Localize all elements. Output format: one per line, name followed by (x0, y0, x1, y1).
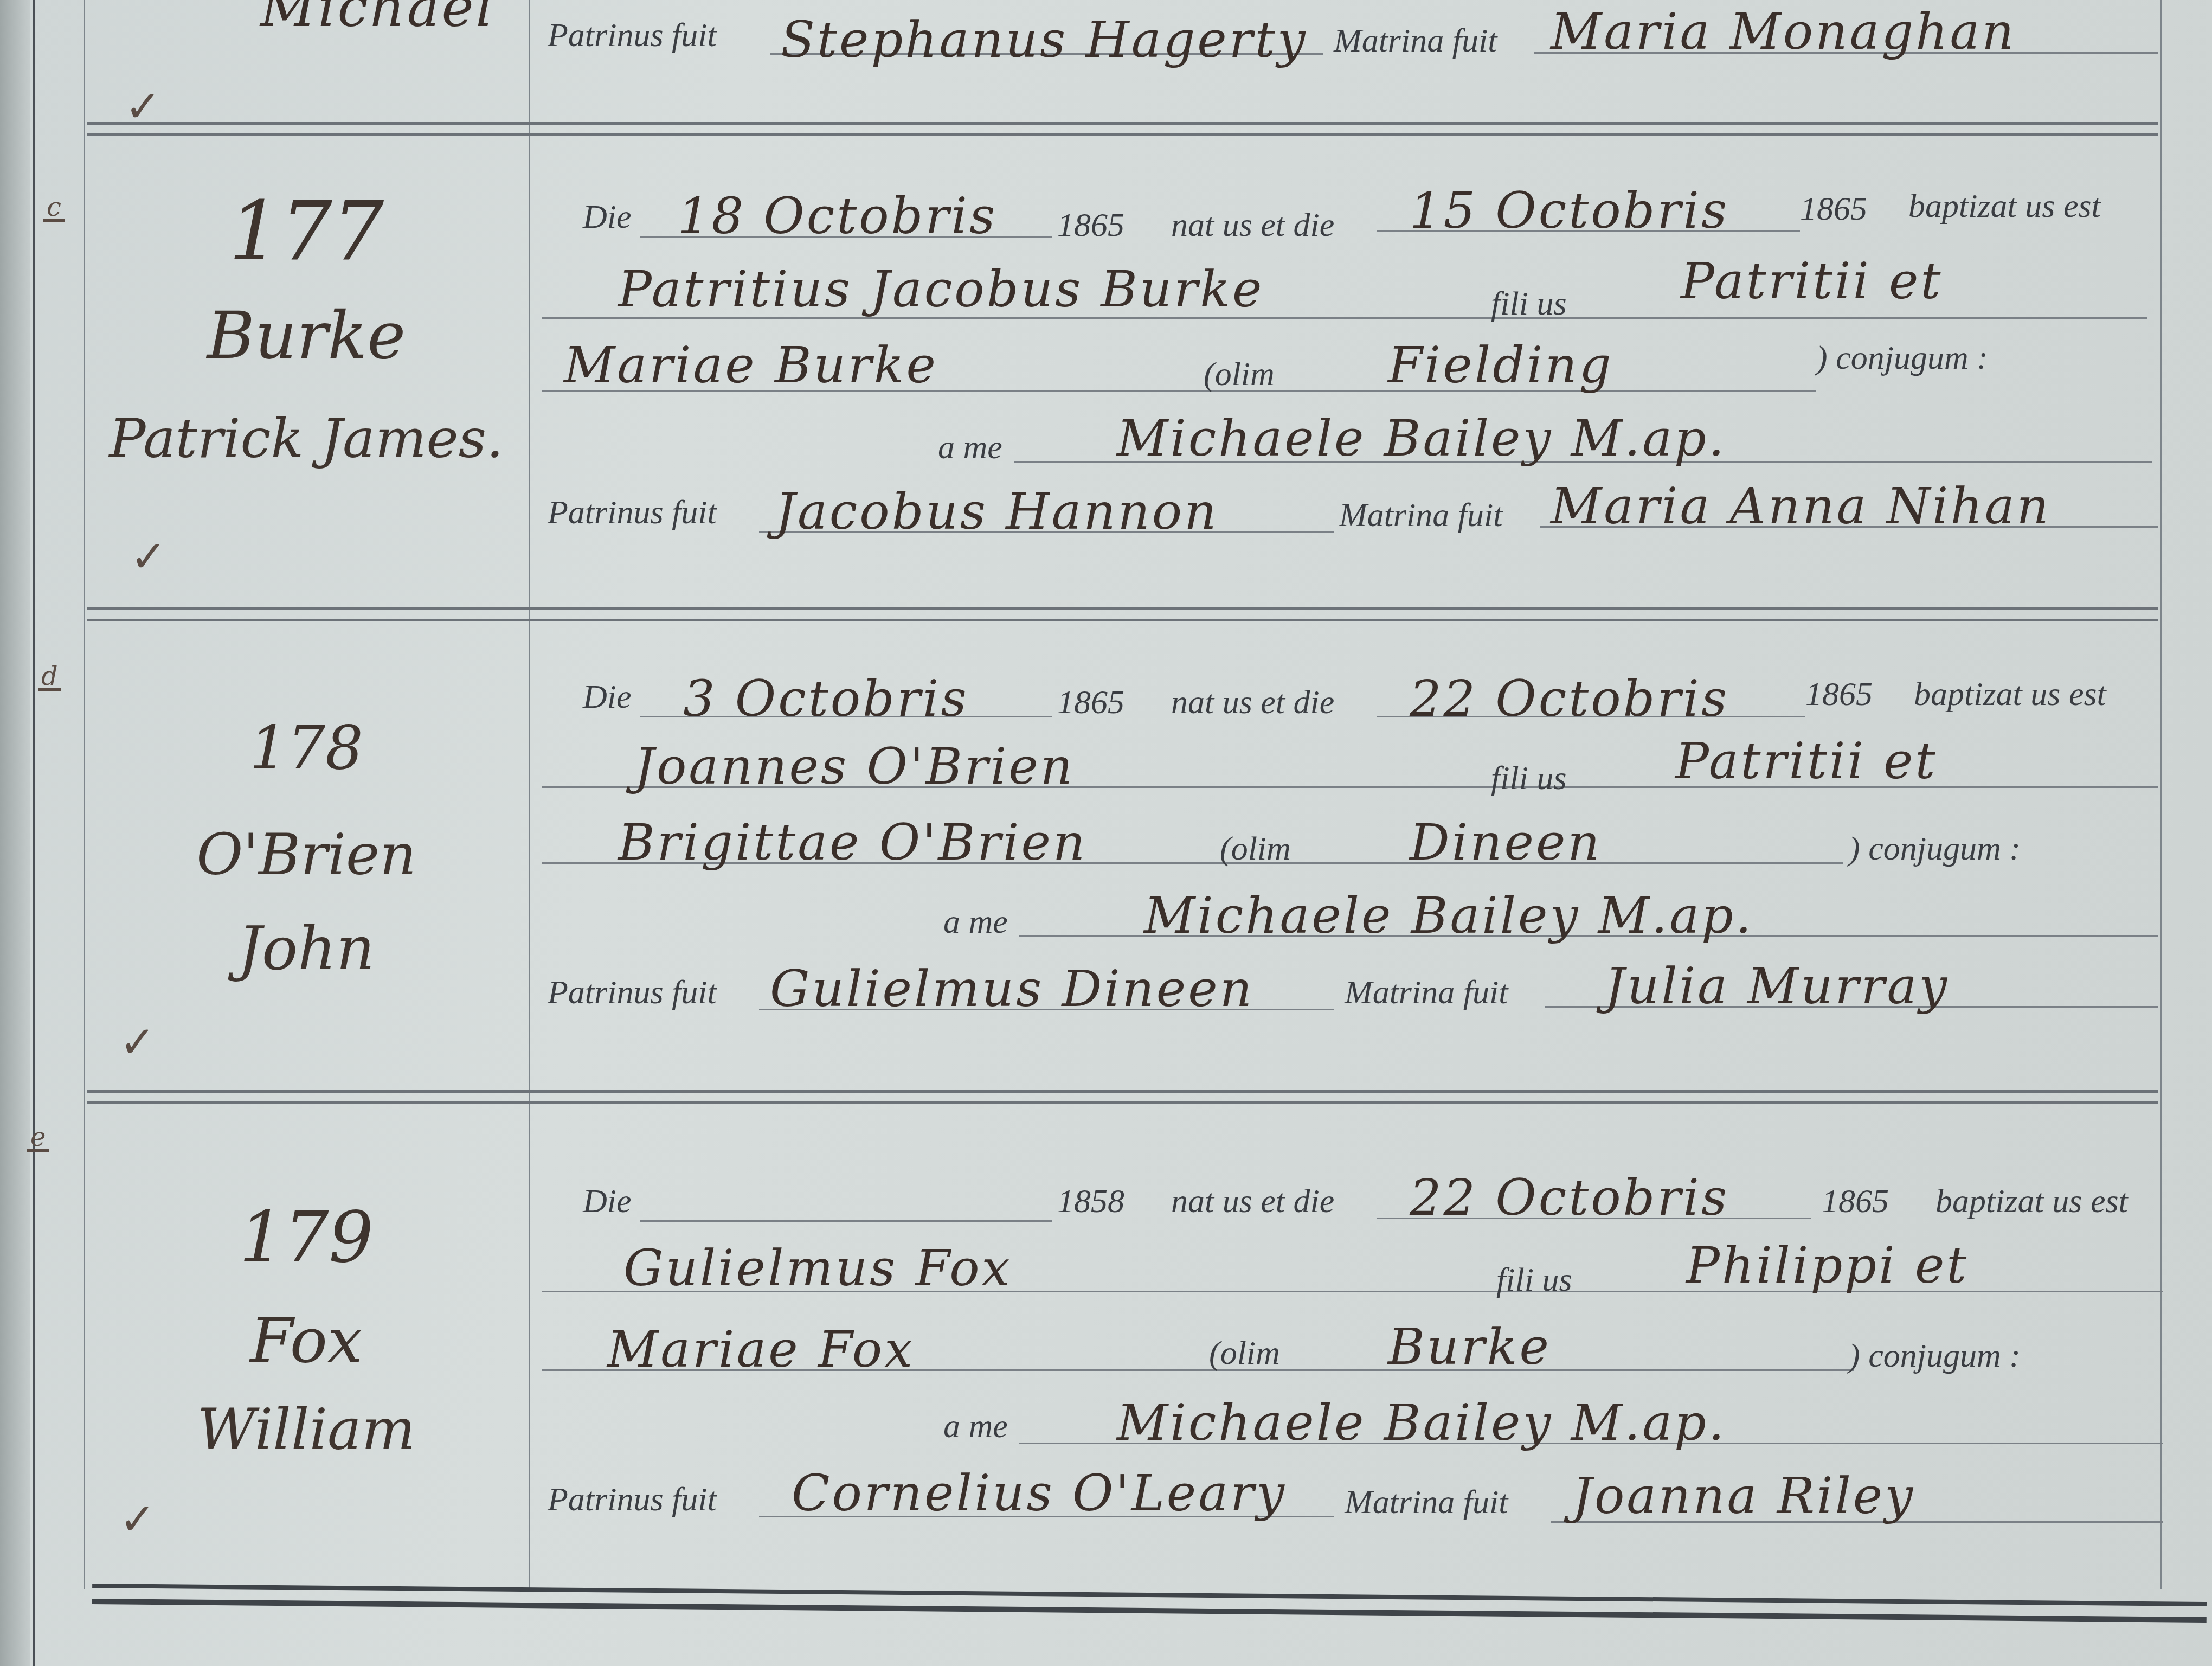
baptizatus-label: baptizat us est (1914, 675, 2106, 714)
father-name: Patritii et (1675, 732, 1937, 790)
matrina-name: Julia Murray (1605, 957, 1949, 1015)
patrinus-label: Patrinus fuit (548, 1481, 717, 1519)
conjugum-label: ) conjugum : (1816, 339, 1988, 377)
row-separator (87, 1090, 2158, 1104)
check-mark: ✓ (130, 531, 166, 582)
matrina-label: Matrina fuit (1345, 973, 1508, 1012)
mother-name: Brigittae O'Brien (618, 813, 1087, 872)
row-separator (87, 607, 2158, 621)
mother-maiden-name: Burke (1388, 1318, 1551, 1376)
child-name: Joannes O'Brien (634, 738, 1075, 796)
surname: Burke (87, 298, 526, 374)
baptism-day: 15 Octobris (1410, 182, 1729, 240)
patrinus-name: Cornelius O'Leary (792, 1464, 1287, 1522)
check-mark: ✓ (119, 1017, 156, 1068)
olim-label: (olim (1204, 355, 1275, 394)
underline (640, 1220, 1052, 1222)
matrina-label: Matrina fuit (1345, 1483, 1508, 1522)
priest-name: Michaele Bailey M.ap. (1144, 887, 1753, 945)
matrina-name: Maria Anna Nihan (1551, 477, 2051, 535)
child-name: Patritius Jacobus Burke (618, 260, 1264, 318)
mother-name: Mariae Fox (607, 1321, 915, 1379)
priest-name: Michaele Bailey M.ap. (1117, 1394, 1726, 1452)
a-me-label: a me (938, 428, 1002, 467)
a-me-label: a me (943, 1407, 1008, 1446)
matrina-name: Joanna Riley (1572, 1467, 1915, 1525)
previous-entry: Michael ✓ Patrinus fuit Stephanus Hagert… (0, 0, 2212, 127)
margin-letter: e (27, 1125, 49, 1152)
entry-index-column: c 177 Burke Patrick James. ✓ (87, 136, 526, 613)
entry-index-column: e 179 Fox William ✓ (87, 1104, 526, 1586)
margin-letter: c (43, 195, 65, 222)
birth-day: 18 Octobris (678, 187, 997, 245)
birth-day: 3 Octobris (683, 670, 969, 728)
conjugum-label: ) conjugum : (1849, 830, 2021, 868)
baptism-year: 1865 (1800, 190, 1867, 228)
natus-label: nat us et die (1171, 206, 1334, 245)
surname: O'Brien (87, 822, 526, 888)
die-label: Die (583, 1182, 632, 1221)
die-label: Die (583, 678, 632, 716)
surname: Fox (87, 1304, 526, 1377)
natus-label: nat us et die (1171, 1182, 1334, 1221)
patrinus-label: Patrinus fuit (548, 494, 717, 532)
birth-year: 1858 (1057, 1182, 1124, 1221)
given-name: Patrick James. (87, 407, 526, 470)
a-me-label: a me (943, 903, 1008, 941)
baptism-entry-179: e 179 Fox William ✓ Die 1858 nat us et d… (0, 1104, 2212, 1586)
baptism-year: 1865 (1822, 1182, 1889, 1221)
patrinus-name: Stephanus Hagerty (781, 11, 1308, 69)
conjugum-label: ) conjugum : (1849, 1337, 2021, 1375)
olim-label: (olim (1220, 830, 1291, 868)
child-name: Gulielmus Fox (623, 1239, 1012, 1297)
matrina-name: Maria Monaghan (1551, 3, 2016, 61)
prev-given-name: Michael (260, 0, 496, 39)
given-name: William (87, 1396, 526, 1463)
patrinus-name: Gulielmus Dineen (770, 960, 1254, 1018)
baptism-year: 1865 (1805, 675, 1873, 714)
register-number: 178 (87, 713, 526, 783)
filius-label: fili us (1496, 1261, 1572, 1299)
patrinus-label: Patrinus fuit (548, 16, 717, 55)
entry-index-column: d 178 O'Brien John ✓ (87, 621, 526, 1093)
die-label: Die (583, 198, 632, 236)
matrina-label: Matrina fuit (1339, 496, 1502, 535)
birth-year: 1865 (1057, 206, 1124, 245)
birth-year: 1865 (1057, 683, 1124, 722)
row-separator (87, 122, 2158, 136)
given-name: John (87, 914, 526, 983)
margin-letter: d (38, 664, 61, 691)
filius-label: fili us (1491, 759, 1567, 798)
register-page: Michael ✓ Patrinus fuit Stephanus Hagert… (0, 0, 2212, 1666)
mother-maiden-name: Dineen (1410, 813, 1602, 872)
baptism-day: 22 Octobris (1410, 670, 1729, 728)
mother-maiden-name: Fielding (1388, 336, 1613, 394)
baptizatus-label: baptizat us est (1908, 187, 2101, 226)
natus-label: nat us et die (1171, 683, 1334, 722)
register-number: 179 (87, 1196, 526, 1278)
register-number: 177 (87, 184, 526, 279)
priest-name: Michaele Bailey M.ap. (1117, 409, 1726, 467)
baptism-entry-177: c 177 Burke Patrick James. ✓ Die 18 Octo… (0, 136, 2212, 613)
baptism-day: 22 Octobris (1410, 1169, 1729, 1227)
baptism-entry-178: d 178 O'Brien John ✓ Die 3 Octobris 1865… (0, 621, 2212, 1093)
baptizatus-label: baptizat us est (1935, 1182, 2128, 1221)
patrinus-name: Jacobus Hannon (775, 483, 1218, 541)
check-mark: ✓ (119, 1494, 156, 1545)
father-name: Philippi et (1686, 1236, 1969, 1295)
olim-label: (olim (1209, 1334, 1280, 1373)
father-name: Patritii et (1681, 252, 1943, 310)
filius-label: fili us (1491, 285, 1567, 323)
patrinus-label: Patrinus fuit (548, 973, 717, 1012)
mother-name: Mariae Burke (564, 336, 938, 394)
matrina-label: Matrina fuit (1334, 22, 1497, 60)
page-bottom-border (92, 1584, 2207, 1623)
